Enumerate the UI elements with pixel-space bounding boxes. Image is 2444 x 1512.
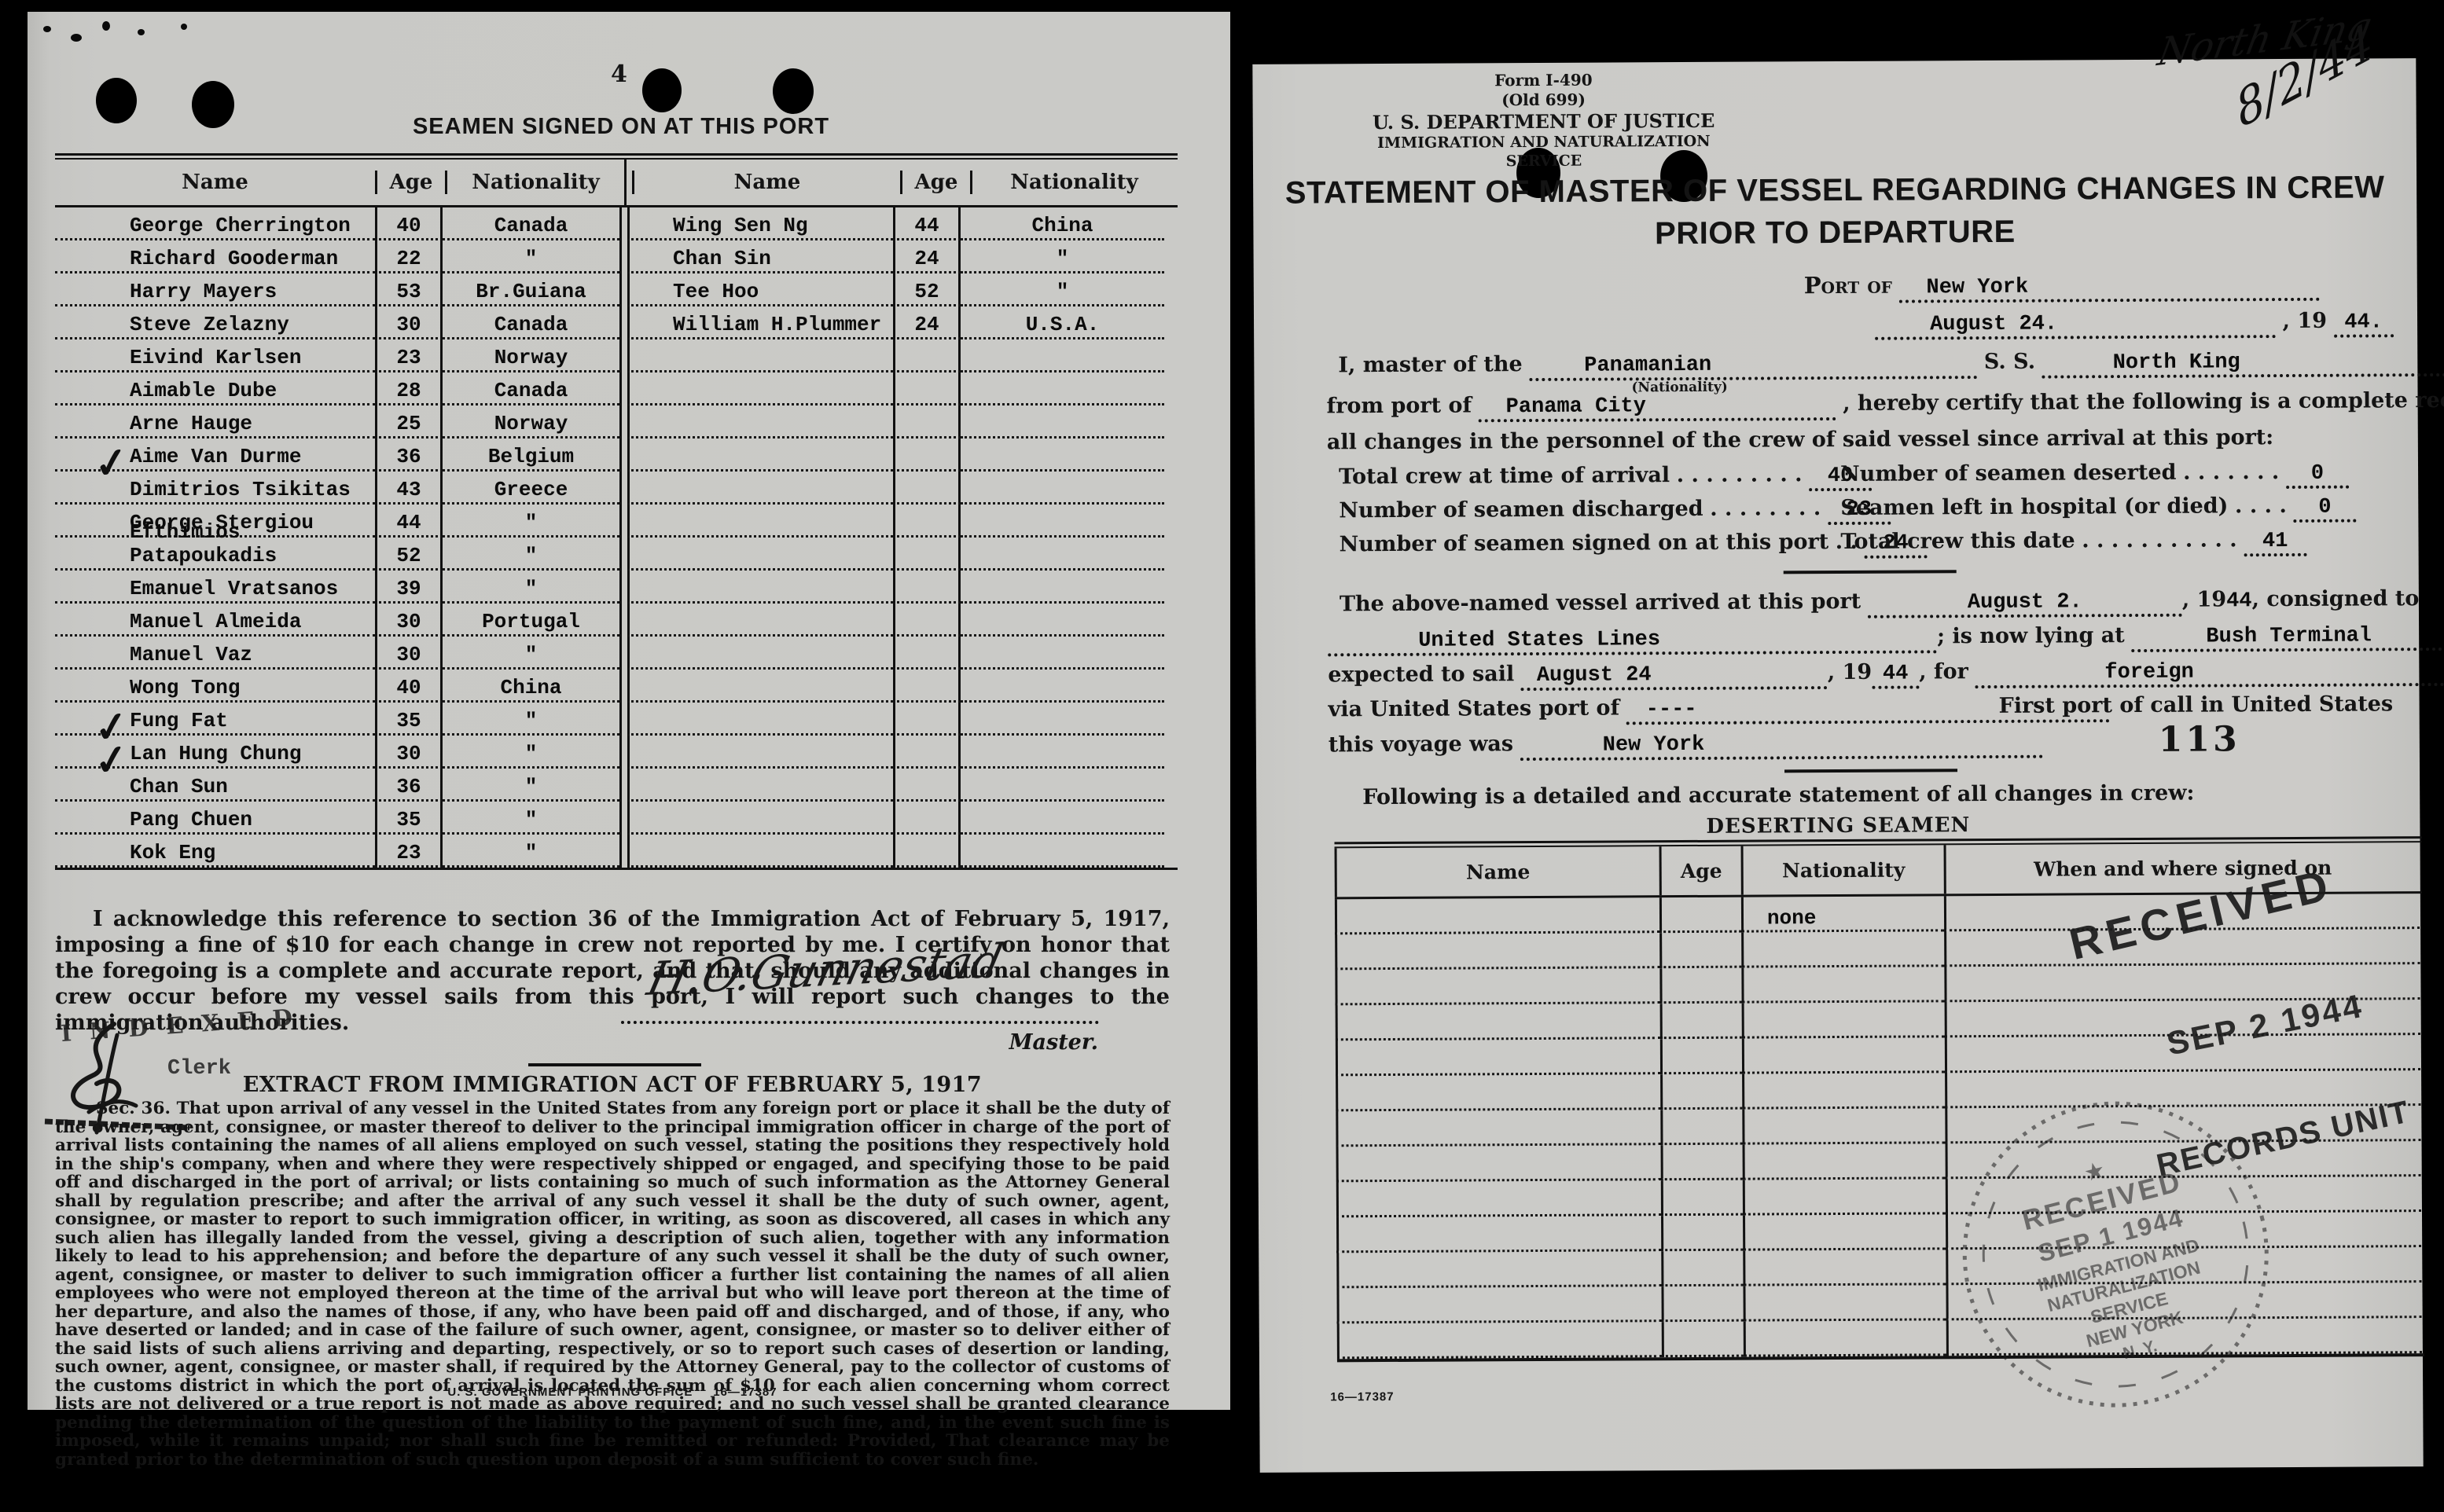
table-cell: 52 xyxy=(375,538,443,571)
stat-dots: . . . . . . . xyxy=(2183,460,2279,485)
stat-dots: . . . . . . . . . xyxy=(1677,462,1803,487)
table-cell xyxy=(961,802,1164,835)
table-divider xyxy=(619,505,627,538)
table-cell: Steve Zelazny xyxy=(55,306,375,339)
sail-label: expected to sail xyxy=(1328,662,1514,687)
table-divider xyxy=(619,703,627,736)
table-cell: Portugal xyxy=(443,604,619,637)
table-divider xyxy=(619,240,627,273)
table-cell: 30 xyxy=(375,604,443,637)
table-cell xyxy=(893,472,961,505)
page-number: 4 xyxy=(611,61,627,88)
table-row: Dimitrios Tsikitas43Greece xyxy=(55,472,1178,505)
master-label: Master. xyxy=(892,1030,1098,1055)
table-row: Chan Sun36" xyxy=(55,769,1178,802)
header-nationality: Nationality xyxy=(1741,845,1944,894)
table-cell xyxy=(1661,1286,1743,1323)
gpo-office: U. S. GOVERNMENT PRINTING OFFICE xyxy=(447,1385,693,1399)
voyage-field: New York xyxy=(1520,729,2043,761)
header-name: Name xyxy=(1335,846,1659,897)
table-cell: 30 xyxy=(375,736,443,769)
table-cell: 35 xyxy=(375,703,443,736)
sail-line: expected to sail August 24, 1944, for fo… xyxy=(1328,656,2444,692)
table-cell xyxy=(1660,1004,1742,1040)
table-row: Pang Chuen35" xyxy=(55,802,1178,835)
punch-hole xyxy=(642,68,682,112)
arrival-label: The above-named vessel arrived at this p… xyxy=(1340,589,1861,616)
sail-date: August 24 xyxy=(1537,663,1652,688)
table-cell xyxy=(627,372,893,406)
table-cell xyxy=(1742,1002,1945,1038)
arrival-year-label: , 19 xyxy=(2182,587,2227,611)
date-line: August 24. , 19 44. xyxy=(1875,308,2394,339)
divider-short-line-2 xyxy=(1784,769,1957,773)
table-divider xyxy=(619,339,627,372)
table-header-row: Name Age Nationality Name Age Nationalit… xyxy=(55,160,1178,207)
table-cell xyxy=(627,604,893,637)
lying-label: ; is now lying at xyxy=(1937,623,2125,648)
table-cell xyxy=(627,670,893,703)
stat-label: Total crew this date xyxy=(1840,528,2075,554)
table-divider xyxy=(619,835,627,868)
table-cell xyxy=(627,637,893,670)
table-cell: Chan Sin xyxy=(627,240,893,273)
table-cell xyxy=(1743,1250,1946,1286)
document-title-line2: PRIOR TO DEPARTURE xyxy=(1253,212,2416,254)
table-cell: Aimable Dube xyxy=(55,372,375,406)
table-cell: " xyxy=(961,273,1164,306)
table-cell xyxy=(1742,1037,1945,1073)
header-nationality: Nationality xyxy=(447,171,624,194)
table-cell: China xyxy=(443,670,619,703)
table-cell xyxy=(1336,1251,1661,1288)
extract-body: Sec. 36. That upon arrival of any vessel… xyxy=(55,1099,1170,1469)
form-heading: Form I-490 (Old 699) U. S. DEPARTMENT OF… xyxy=(1347,70,1740,172)
table-divider xyxy=(619,538,627,571)
table-row xyxy=(1336,1070,2423,1111)
table-divider xyxy=(619,637,627,670)
table-cell: " xyxy=(443,835,619,868)
table-cell: " xyxy=(443,571,619,604)
table-cell xyxy=(627,703,893,736)
table-cell xyxy=(1743,1143,1946,1180)
table-cell: Harry Mayers xyxy=(55,273,375,306)
table-cell xyxy=(1662,1322,1744,1358)
table-cell: 30 xyxy=(375,637,443,670)
table-cell xyxy=(1659,897,1741,934)
stat-line: Number of seamen signed on at this port … xyxy=(1339,529,1927,561)
header-name-2: Name xyxy=(632,171,900,194)
table-cell: Arne Hauge xyxy=(55,406,375,439)
vessel-field: North King xyxy=(2042,347,2444,378)
arrival-date-field: August 2. xyxy=(1868,588,2182,618)
table-cell xyxy=(961,769,1164,802)
table-divider xyxy=(624,160,632,205)
table-cell xyxy=(1743,1214,1946,1250)
table-row: Harry Mayers53Br.GuianaTee Hoo52" xyxy=(55,273,1178,306)
table-cell: William H.Plummer xyxy=(627,306,893,339)
table-cell: Wong Tong xyxy=(55,670,375,703)
gpo-footer: U. S. GOVERNMENT PRINTING OFFICE 16—1738… xyxy=(55,1385,1170,1399)
table-cell xyxy=(893,406,961,439)
table-cell: 53 xyxy=(375,273,443,306)
table-cell: U.S.A. xyxy=(961,306,1164,339)
stat-dots: . . . . . . . . xyxy=(1710,496,1821,521)
stat-line: Number of seamen discharged . . . . . . … xyxy=(1339,496,1891,528)
table-cell: Eivind Karlsen xyxy=(55,339,375,372)
table-cell xyxy=(1335,897,1659,934)
stat-label: Number of seamen signed on at this port xyxy=(1339,530,1828,556)
sail-dest: foreign xyxy=(2104,661,2194,685)
divider-short-line xyxy=(1784,570,1957,574)
table-cell: Tee Hoo xyxy=(627,273,893,306)
table-top-rule xyxy=(55,153,1178,156)
nationality-value: Panamanian xyxy=(1584,354,1711,378)
table-cell: Br.Guiana xyxy=(443,273,619,306)
table-cell: 35 xyxy=(375,802,443,835)
table-cell: Chan Sun xyxy=(55,769,375,802)
table-cell: Canada xyxy=(443,306,619,339)
table-cell xyxy=(1336,1004,1660,1040)
table-divider xyxy=(619,769,627,802)
table-cell xyxy=(1336,1110,1660,1147)
table-cell xyxy=(961,604,1164,637)
voyage-label: this voyage was xyxy=(1329,732,1513,757)
table-cell xyxy=(627,769,893,802)
gpo-number: 16—17387 xyxy=(713,1385,777,1399)
table-cell xyxy=(893,339,961,372)
table-row: ✓Fung Fat35" xyxy=(55,703,1178,736)
table-cell: Norway xyxy=(443,339,619,372)
table-row: Efthimios Patapoukadis52" xyxy=(55,538,1178,571)
table-cell xyxy=(1336,1039,1660,1076)
table-divider xyxy=(619,670,627,703)
sail-year-value: 44 xyxy=(1883,662,1909,686)
table-cell: " xyxy=(443,802,619,835)
date-field: August 24. xyxy=(1875,309,2276,340)
nationality-field: Panamanian xyxy=(1529,350,1977,381)
table-cell xyxy=(961,406,1164,439)
table-divider xyxy=(619,802,627,835)
lying-field: Bush Terminal xyxy=(2131,621,2444,652)
table-cell: " xyxy=(443,637,619,670)
stat-label: Seamen left in hospital (or died) xyxy=(1840,494,2228,520)
table-row: Richard Gooderman22"Chan Sin24" xyxy=(55,240,1178,273)
table-cell: 36 xyxy=(375,439,443,472)
table-cell xyxy=(961,439,1164,472)
punch-hole xyxy=(96,78,137,123)
reference-number: 113 xyxy=(2159,719,2240,760)
date-value: August 24. xyxy=(1930,313,2057,337)
table-cell xyxy=(1741,931,1944,967)
header-age-2: Age xyxy=(900,171,972,194)
stat-label: Number of seamen deserted xyxy=(1840,461,2177,486)
header-age: Age xyxy=(1659,846,1741,896)
seamen-table: Name Age Nationality Name Age Nationalit… xyxy=(55,153,1178,870)
table-row: Aimable Dube28Canada xyxy=(55,372,1178,406)
header-when-signed: When and where signed on xyxy=(1944,842,2420,894)
port-label: Port of xyxy=(1804,272,1892,299)
table-cell xyxy=(893,769,961,802)
stat-value: 0 xyxy=(2293,496,2356,523)
stat-value: 41 xyxy=(2244,530,2306,556)
voyage-value: New York xyxy=(1603,733,1705,758)
table-cell: 39 xyxy=(375,571,443,604)
table-cell xyxy=(893,505,961,538)
table-cell xyxy=(893,835,961,868)
from-port-label: from port of xyxy=(1327,393,1472,418)
form-number: Form I-490 xyxy=(1347,70,1740,92)
date-year-value: 44. xyxy=(2344,310,2383,334)
table-cell xyxy=(893,670,961,703)
header-age: Age xyxy=(375,171,447,194)
table-cell: 25 xyxy=(375,406,443,439)
table-cell: Pang Chuen xyxy=(55,802,375,835)
table-divider xyxy=(619,604,627,637)
table-cell xyxy=(893,703,961,736)
sail-date-field: August 24 xyxy=(1521,660,1828,691)
table-cell xyxy=(627,339,893,372)
table-divider xyxy=(619,207,627,240)
table-row: Eivind Karlsen23Norway xyxy=(55,339,1178,372)
table-cell: 44 xyxy=(375,505,443,538)
via-label: via United States port of xyxy=(1329,695,1620,721)
table-cell xyxy=(961,670,1164,703)
via-value: ---- xyxy=(1646,698,1697,721)
punch-hole xyxy=(773,68,814,114)
certify-line2: all changes in the personnel of the crew… xyxy=(1327,425,2274,454)
table-cell xyxy=(627,571,893,604)
table-cell: Richard Gooderman xyxy=(55,240,375,273)
stat-value: 0 xyxy=(2286,462,2349,489)
table-cell: 40 xyxy=(375,670,443,703)
table-cell: 22 xyxy=(375,240,443,273)
ink-speck xyxy=(102,21,110,31)
table-cell xyxy=(1741,967,1944,1003)
table-cell xyxy=(1742,1108,1945,1144)
table-row xyxy=(1335,964,2422,1005)
consigned-label: , consigned to xyxy=(2251,586,2419,611)
table-cell xyxy=(1660,1039,1742,1075)
table-cell: 43 xyxy=(375,472,443,505)
table-cell xyxy=(1743,1179,1946,1215)
table-cell: Canada xyxy=(443,372,619,406)
table-cell: 52 xyxy=(893,273,961,306)
table-cell: " xyxy=(443,538,619,571)
master-label: I, master of the xyxy=(1338,352,1522,377)
table-bottom-rule xyxy=(55,868,1178,870)
table-cell: " xyxy=(443,505,619,538)
table-cell: " xyxy=(443,240,619,273)
stat-line: Total crew this date . . . . . . . . . .… xyxy=(1840,527,2306,559)
stat-label: Total crew at time of arrival xyxy=(1339,463,1670,489)
table-cell: 23 xyxy=(375,339,443,372)
table-cell xyxy=(1660,1074,1742,1110)
ink-speck xyxy=(43,26,51,32)
table-cell xyxy=(893,802,961,835)
table-cell xyxy=(627,538,893,571)
scanned-document: { "colors": {"paper":"#c8c8c5","ink":"#1… xyxy=(0,0,2444,1512)
table-cell xyxy=(961,505,1164,538)
table-cell xyxy=(961,538,1164,571)
table-cell xyxy=(961,571,1164,604)
table-cell: " xyxy=(443,703,619,736)
table-cell xyxy=(627,835,893,868)
table-cell xyxy=(1660,1110,1742,1146)
table-cell xyxy=(1661,1216,1743,1252)
stat-dots: . . . . xyxy=(2235,494,2287,518)
vessel-value: North King xyxy=(2113,350,2240,375)
master-line: I, master of the Panamanian S. S. North … xyxy=(1338,347,2444,382)
table-cell xyxy=(627,505,893,538)
table-cell: Dimitrios Tsikitas xyxy=(55,472,375,505)
following-line: Following is a detailed and accurate sta… xyxy=(1362,781,2194,810)
table-cell xyxy=(1335,933,1659,970)
table-cell: 24 xyxy=(893,306,961,339)
table-cell: Efthimios Patapoukadis xyxy=(55,538,375,571)
bureau-name: IMMIGRATION AND NATURALIZATION SERVICE xyxy=(1347,133,1740,172)
table-cell: China xyxy=(961,207,1164,240)
ink-speck xyxy=(181,24,187,30)
left-page: 4 SEAMEN SIGNED ON AT THIS PORT Name Age… xyxy=(28,12,1230,1410)
ss-label: S. S. xyxy=(1984,350,2035,374)
first-port-label: First port of call in United States xyxy=(1999,692,2394,718)
table-cell xyxy=(1661,1180,1743,1217)
table-cell xyxy=(627,439,893,472)
lying-value: Bush Terminal xyxy=(2206,624,2372,648)
table-cell xyxy=(1337,1322,1662,1359)
arrival-line: The above-named vessel arrived at this p… xyxy=(1340,586,2420,621)
port-value: New York xyxy=(1926,276,2028,300)
consignee-line: United States Lines; is now lying at Bus… xyxy=(1328,621,2444,657)
table-cell: " xyxy=(961,240,1164,273)
table-row: Kok Eng23" xyxy=(55,835,1178,868)
form-footer-number: 16—17387 xyxy=(1330,1390,1394,1404)
consignee-value: United States Lines xyxy=(1418,628,1660,653)
table-row: Manuel Almeida30Portugal xyxy=(55,604,1178,637)
table-cell xyxy=(627,802,893,835)
table-cell xyxy=(1336,1145,1661,1182)
document-title-line1: STATEMENT OF MASTER OF VESSEL REGARDING … xyxy=(1253,170,2416,211)
stat-line: Total crew at time of arrival . . . . . … xyxy=(1339,462,1872,494)
table-cell xyxy=(893,571,961,604)
table-cell xyxy=(1742,1073,1945,1109)
voyage-line: this voyage was New York xyxy=(1329,729,2043,762)
table-cell xyxy=(893,604,961,637)
table-cell: George Cherrington xyxy=(55,207,375,240)
table-cell: none xyxy=(1741,896,1944,932)
table-divider xyxy=(619,406,627,439)
date-year-label: , 19 xyxy=(2283,309,2328,333)
deserting-seamen-title: DESERTING SEAMEN xyxy=(1256,811,2420,841)
table-row: Emanuel Vratsanos39" xyxy=(55,571,1178,604)
from-port-line: from port of Panama City , hereby certif… xyxy=(1327,387,2444,423)
from-port-field: Panama City xyxy=(1479,391,1836,422)
table-cell xyxy=(1336,1074,1660,1111)
table-cell: 28 xyxy=(375,372,443,406)
header-nationality-2: Nationality xyxy=(972,171,1176,194)
table-cell xyxy=(627,736,893,769)
table-cell xyxy=(893,736,961,769)
table-cell: 40 xyxy=(375,207,443,240)
table-divider xyxy=(619,472,627,505)
table-cell: Emanuel Vratsanos xyxy=(55,571,375,604)
table-cell: Norway xyxy=(443,406,619,439)
port-field: New York xyxy=(1898,272,2319,303)
table-body: George Cherrington40CanadaWing Sen Ng44C… xyxy=(55,207,1178,868)
stat-dots: . . . . . . . . . . . xyxy=(2082,527,2237,552)
table-cell xyxy=(893,372,961,406)
sail-year-field: 44 xyxy=(1872,659,1919,688)
stamp-star: ★ xyxy=(2082,1158,2107,1185)
table-divider xyxy=(619,306,627,339)
arrival-date: August 2. xyxy=(1968,590,2082,615)
table-cell: Manuel Vaz xyxy=(55,637,375,670)
consignee-field: United States Lines xyxy=(1328,624,1937,656)
table-row: George Cherrington40CanadaWing Sen Ng44C… xyxy=(55,207,1178,240)
table-cell xyxy=(1336,1180,1661,1217)
stat-line: Seamen left in hospital (or died) . . . … xyxy=(1840,494,2356,525)
port-line: Port of New York xyxy=(1804,270,2320,303)
table-row: Arne Hauge25Norway xyxy=(55,406,1178,439)
sail-for-label: , for xyxy=(1919,659,1968,684)
from-port-value: Panama City xyxy=(1506,395,1646,419)
table-cell xyxy=(627,406,893,439)
sail-year-label: , 19 xyxy=(1828,660,1873,684)
certify-text: , hereby certify that the following is a… xyxy=(1843,387,2444,416)
department-name: U. S. DEPARTMENT OF JUSTICE xyxy=(1347,109,1740,135)
ink-speck xyxy=(71,34,82,42)
table-cell xyxy=(961,736,1164,769)
table-row: Wong Tong40China xyxy=(55,670,1178,703)
table-cell xyxy=(1744,1320,1946,1356)
right-page: Form I-490 (Old 699) U. S. DEPARTMENT OF… xyxy=(1252,58,2423,1473)
table-cell xyxy=(1336,1286,1661,1323)
table-row: ✓Lan Hung Chung30" xyxy=(55,736,1178,769)
table-cell: Manuel Almeida xyxy=(55,604,375,637)
table-divider xyxy=(619,736,627,769)
table-row: ✓Aime Van Durme36Belgium xyxy=(55,439,1178,472)
table-cell xyxy=(961,637,1164,670)
date-year-field: 44. xyxy=(2334,308,2394,337)
table-cell xyxy=(961,339,1164,372)
header-name: Name xyxy=(55,171,375,194)
extract-title: EXTRACT FROM IMMIGRATION ACT OF FEBRUARY… xyxy=(55,1073,1170,1097)
table-cell xyxy=(893,439,961,472)
table-divider xyxy=(619,372,627,406)
stat-label: Number of seamen discharged xyxy=(1339,497,1703,523)
section-divider-line xyxy=(528,1063,701,1066)
table-cell xyxy=(961,703,1164,736)
table-cell: Belgium xyxy=(443,439,619,472)
table-cell: 36 xyxy=(375,769,443,802)
table-cell: Greece xyxy=(443,472,619,505)
table-divider xyxy=(619,571,627,604)
via-line: via United States port of ---- xyxy=(1329,693,2110,726)
table-cell xyxy=(1659,933,1741,969)
signature-line xyxy=(621,1021,1099,1024)
page-title: SEAMEN SIGNED ON AT THIS PORT xyxy=(342,114,900,140)
table-cell xyxy=(1661,1251,1743,1287)
table-cell xyxy=(1661,1145,1743,1181)
table-cell xyxy=(961,835,1164,868)
table-cell xyxy=(1336,1216,1661,1253)
table-cell xyxy=(961,372,1164,406)
table-cell: 44 xyxy=(893,207,961,240)
table-cell: Wing Sen Ng xyxy=(627,207,893,240)
table-divider xyxy=(619,273,627,306)
table-cell: " xyxy=(443,736,619,769)
